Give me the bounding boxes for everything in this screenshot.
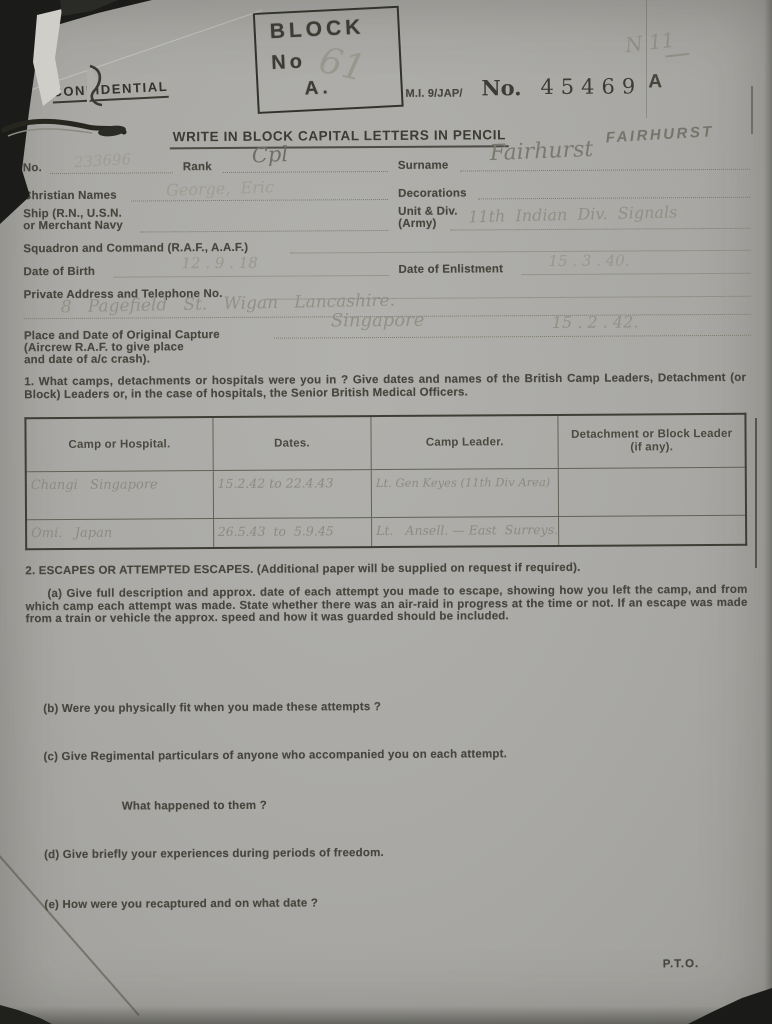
field-capture-place-value: Singapore (331, 310, 425, 332)
question-2c-followup-text: What happened to them ? (122, 797, 722, 813)
section-2-heading: 2. ESCAPES OR ATTEMPTED ESCAPES. (Additi… (25, 561, 747, 578)
question-2b-text: (b) Were you physically fit when you mad… (43, 699, 733, 716)
block-stamp-word: BLOCK (269, 16, 365, 45)
camps-table-row-1: Changi Singapore 15.2.42 to 22.4.43 Lt. … (26, 467, 746, 519)
pencil-note-underline (665, 53, 689, 58)
field-decorations-line (478, 184, 750, 200)
question-1-text: 1. What camps, detachments or hospitals … (24, 372, 746, 401)
field-surname-value: Fairhurst (489, 137, 593, 166)
pto-footer: P.T.O. (663, 958, 700, 971)
question-2d-text: (d) Give briefly your experiences during… (44, 845, 734, 862)
camps-table-row-2: Omi. Japan 26.5.43 to 5.9.45 Lt. Ansell.… (26, 515, 746, 549)
block-stamp-no: No (271, 50, 307, 75)
header-camp-leader: Camp Leader. (371, 415, 559, 470)
scanned-pow-form-page: CONFIDENTIAL BLOCK No A. 61 M.I. 9/JAP/ … (0, 0, 772, 1024)
row2-leader: Lt. Ansell. — East Surreys. (376, 522, 558, 538)
header-dates: Dates. (213, 416, 372, 470)
camps-table-header-row: Camp or Hospital. Dates. Camp Leader. De… (25, 414, 745, 472)
question-2a-text: (a) Give full description and approx. da… (25, 584, 747, 626)
torn-edges-bottom (0, 988, 772, 1024)
right-edge-shadow (764, 0, 772, 1024)
paper-fold-over-stamp (84, 64, 114, 108)
field-unit-label-line2: (Army) (398, 218, 436, 231)
camps-table: Camp or Hospital. Dates. Camp Leader. De… (24, 413, 747, 550)
page-edge-mark-top-right (751, 86, 753, 134)
serial-no-label: No. (481, 75, 521, 100)
serial-suffix: A (648, 76, 662, 89)
field-squadron-line (290, 237, 750, 254)
field-dob-label: Date of Birth (23, 266, 95, 279)
vertical-crease (646, 0, 647, 118)
field-unit-label-line1: Unit & Div. (398, 206, 458, 219)
field-decorations-label: Decorations (398, 188, 467, 201)
field-dob-value: 12 . 9 . 18 (181, 254, 257, 272)
field-capture-label-line2: (Aircrew R.A.F. to give place (24, 341, 184, 354)
pencil-note-top-right: N 11 (624, 28, 676, 57)
pencil-surname-note: FAIRHURST (605, 123, 714, 146)
field-surname-label: Surname (398, 160, 449, 173)
row2-dates: 26.5.43 to 5.9.45 (218, 523, 334, 539)
question-2e-text: (e) How were you recaptured and on what … (44, 895, 734, 912)
scan-edge-line-right (755, 418, 757, 568)
field-capture-date-value: 15 . 2 . 42. (552, 312, 639, 332)
row1-leader: Lt. Gen Keyes (11th Div Area) (376, 475, 550, 490)
row2-camp: Omi. Japan (31, 526, 112, 541)
row1-camp: Changi Singapore (31, 477, 158, 493)
serial-prefix: M.I. 9/JAP/ (405, 88, 462, 101)
field-capture-label-line3: and date of a/c crash). (24, 353, 150, 366)
header-camp-or-hospital: Camp or Hospital. (25, 417, 213, 472)
header-detachment-leader: Detachment or Block Leader (if any). (558, 414, 746, 469)
serial-number: 45469 (540, 74, 642, 99)
field-enlistment-label: Date of Enlistment (398, 263, 503, 276)
field-enlistment-value: 15 . 3 . 40. (548, 252, 629, 270)
row1-dates: 15.2.42 to 22.4.43 (217, 475, 333, 491)
question-2c-text: (c) Give Regimental particulars of anyon… (43, 747, 733, 764)
torn-corner-top-left (0, 0, 260, 232)
